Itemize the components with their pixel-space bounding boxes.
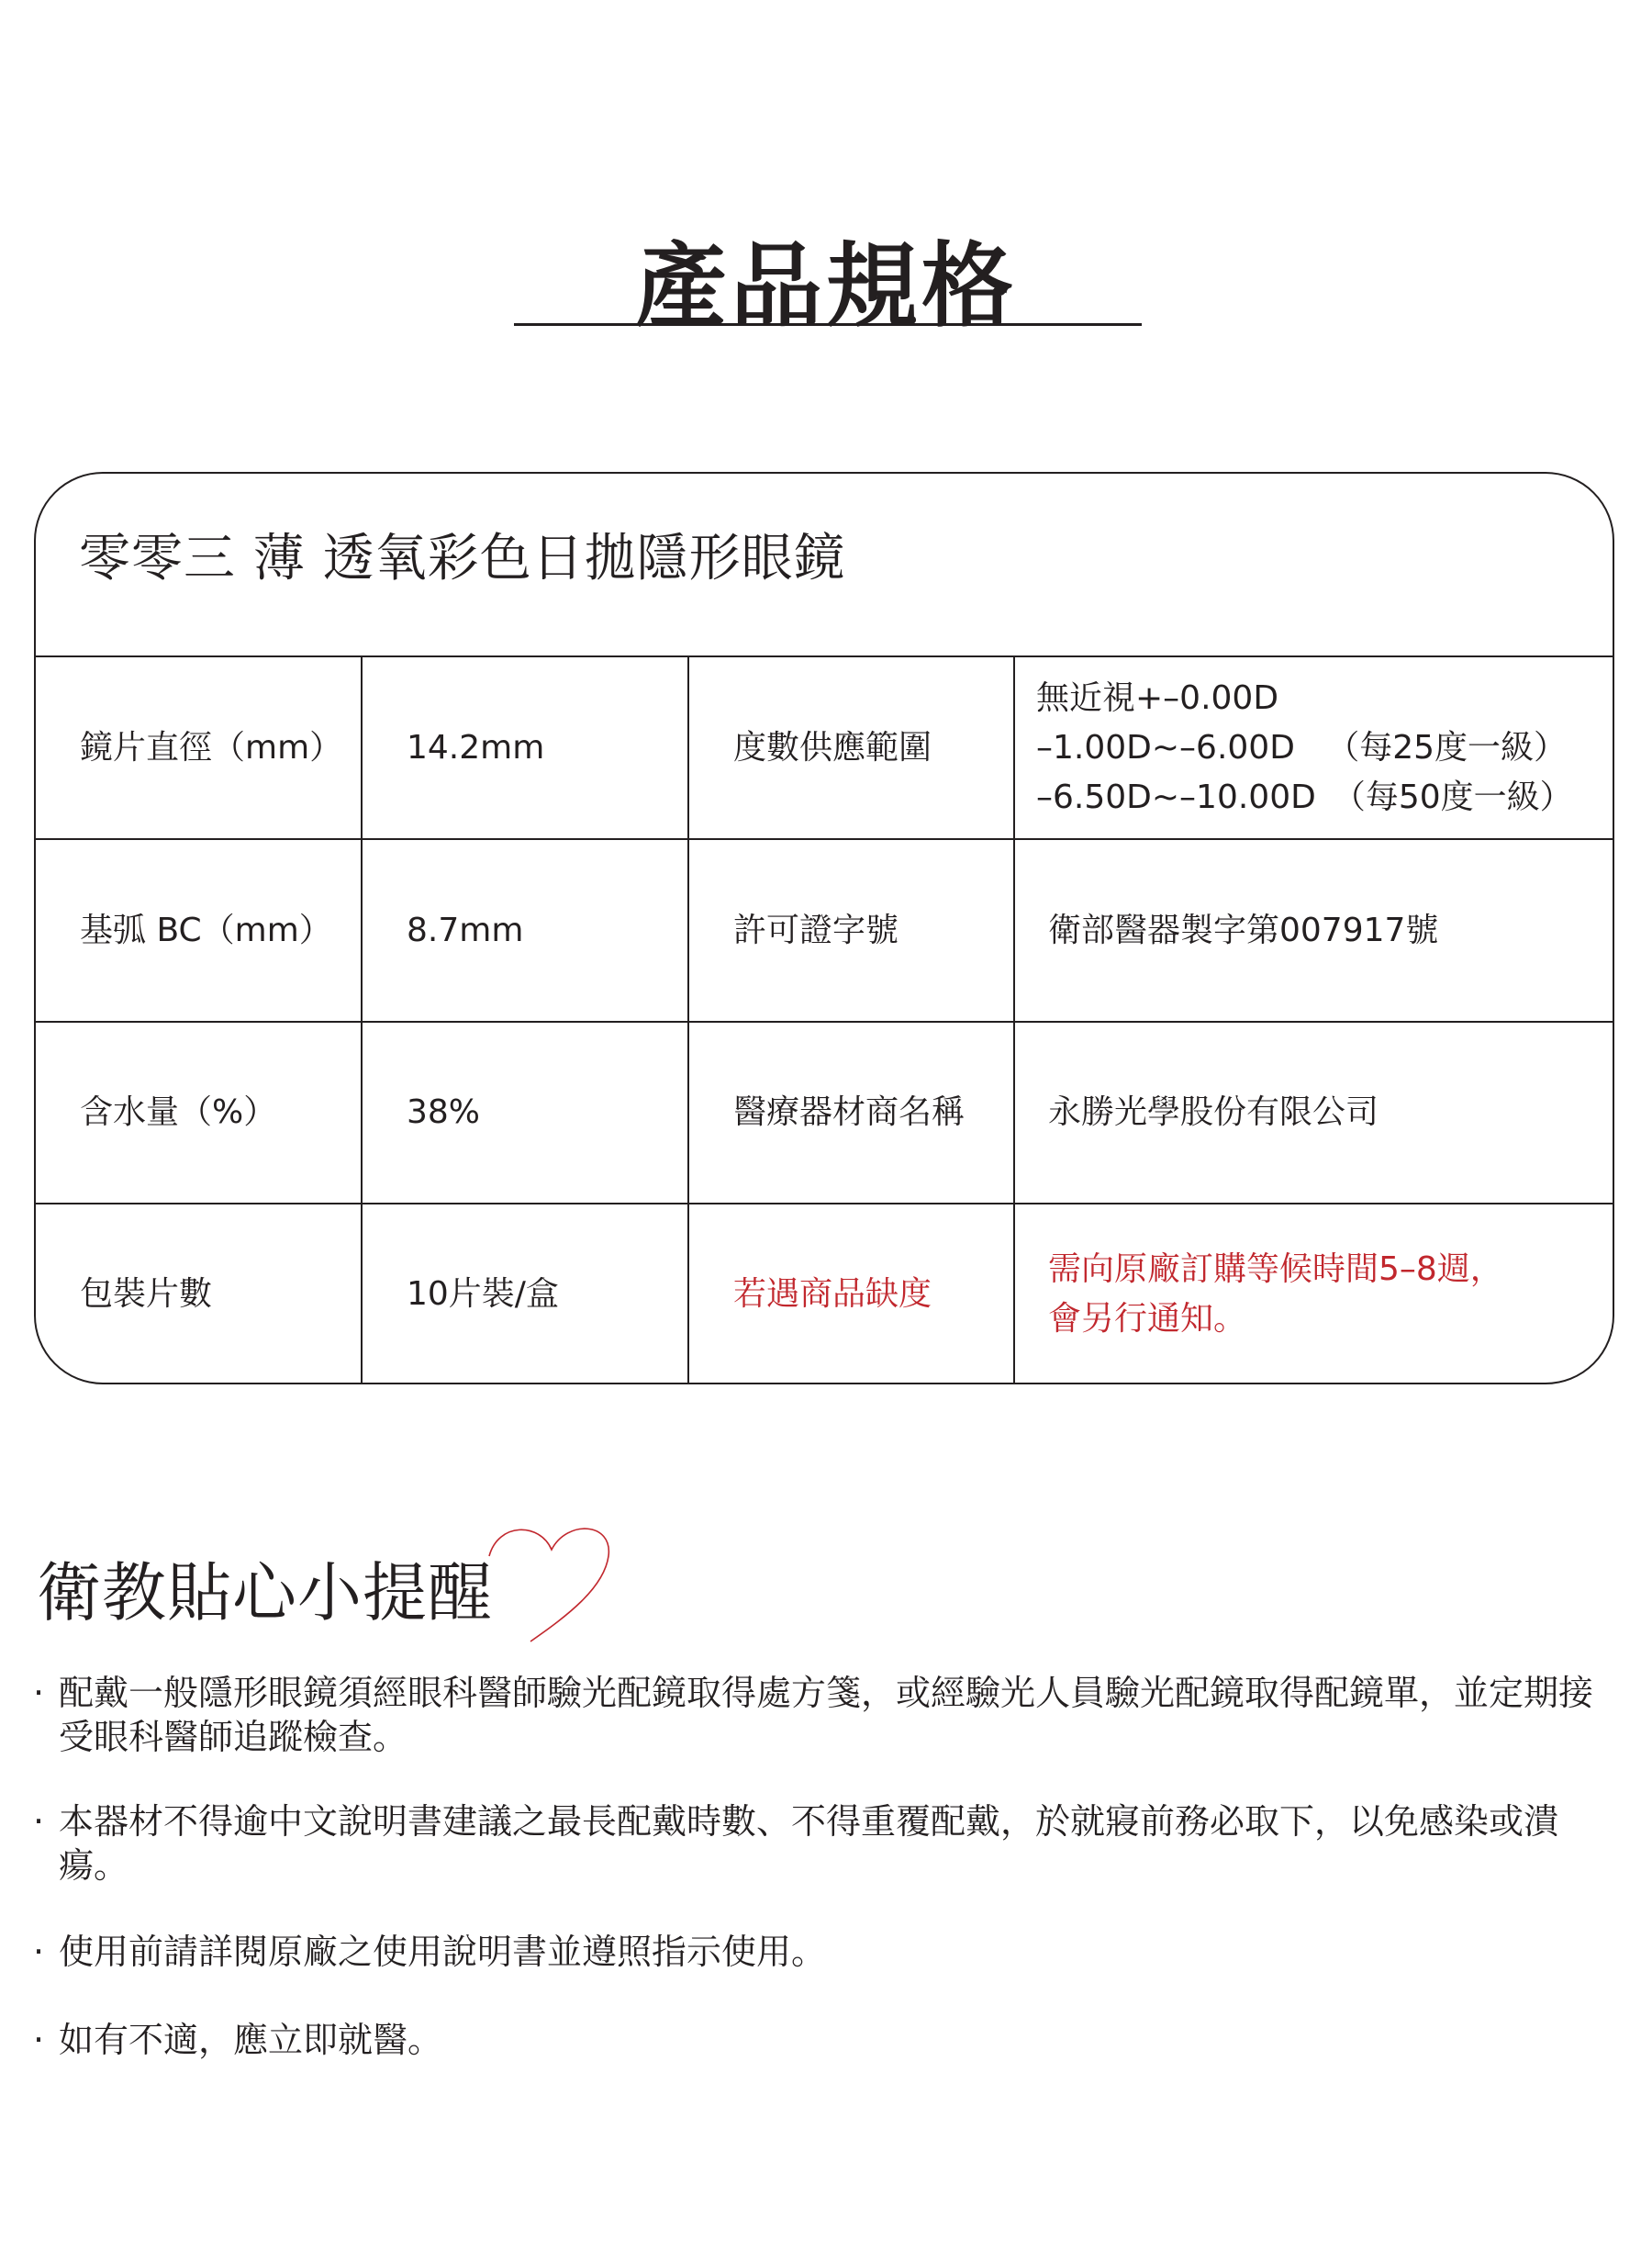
spec-row-package: 包裝片數 10片裝/盒 若遇商品缺度 需向原廠訂購等候時間5–8週， 會另行通知…	[36, 1204, 1613, 1384]
tip-text: 使用前請詳閱原廠之使用說明書並遵照指示使用。	[59, 1932, 826, 1972]
tip-item: · 如有不適，應立即就醫。	[33, 2018, 1621, 2062]
out-of-stock-label: 若遇商品缺度	[689, 1204, 1015, 1384]
page-title: 產品規格	[0, 227, 1652, 346]
tip-item: · 配戴一般隱形眼鏡須經眼科醫師驗光配鏡取得處方箋，或經驗光人員驗光配鏡取得配鏡…	[33, 1671, 1621, 1759]
power-step-note: （每50度一級）	[1333, 773, 1573, 823]
spec-row-water-content: 含水量（%） 38% 醫療器材商名稱 永勝光學股份有限公司	[36, 1023, 1613, 1204]
power-range-line: –1.00D~–6.00D （每25度一級）	[1036, 723, 1573, 773]
spec-value-power-range: 無近視+–0.00D –1.00D~–6.00D （每25度一級） –6.50D…	[1015, 657, 1614, 838]
spec-value: 8.7mm	[363, 840, 689, 1021]
spec-value-manufacturer: 永勝光學股份有限公司	[1015, 1023, 1614, 1203]
spec-value: 38%	[363, 1023, 689, 1203]
spec-value-license: 衛部醫器製字第007917號	[1015, 840, 1614, 1021]
product-name: 零零三 薄 透氧彩色日拋隱形眼鏡	[79, 527, 846, 591]
spec-row-base-curve: 基弧 BC（mm） 8.7mm 許可證字號 衛部醫器製字第007917號	[36, 840, 1613, 1023]
spec-label: 度數供應範圍	[689, 657, 1015, 838]
spec-label: 包裝片數	[36, 1204, 363, 1384]
spec-label: 許可證字號	[689, 840, 1015, 1021]
power-range-line: –6.50D~–10.00D （每50度一級）	[1036, 773, 1573, 823]
bullet-dot: ·	[33, 2018, 44, 2062]
power-range: 無近視+–0.00D	[1036, 674, 1278, 723]
spec-card: 零零三 薄 透氧彩色日拋隱形眼鏡 鏡片直徑（mm） 14.2mm 度數供應範圍 …	[34, 472, 1614, 1384]
notice-lines: 需向原廠訂購等候時間5–8週， 會另行通知。	[1048, 1245, 1503, 1344]
power-range: –6.50D~–10.00D	[1036, 773, 1316, 823]
notice-line: 會另行通知。	[1048, 1294, 1503, 1344]
spec-label: 基弧 BC（mm）	[36, 840, 363, 1021]
bullet-dot: ·	[33, 1930, 44, 1974]
spec-label: 鏡片直徑（mm）	[36, 657, 363, 838]
power-range: –1.00D~–6.00D	[1036, 723, 1295, 773]
power-range-list: 無近視+–0.00D –1.00D~–6.00D （每25度一級） –6.50D…	[1036, 674, 1573, 823]
tip-text: 配戴一般隱形眼鏡須經眼科醫師驗光配鏡取得處方箋，或經驗光人員驗光配鏡取得配鏡單，…	[59, 1673, 1593, 1757]
spec-value: 14.2mm	[363, 657, 689, 838]
heart-outline-icon	[448, 1524, 622, 1643]
bullet-dot: ·	[33, 1799, 44, 1843]
spec-label: 含水量（%）	[36, 1023, 363, 1203]
spec-value: 10片裝/盒	[363, 1204, 689, 1384]
tip-text: 如有不適，應立即就醫。	[59, 2020, 442, 2060]
power-range-line: 無近視+–0.00D	[1036, 674, 1573, 723]
tips-list: · 配戴一般隱形眼鏡須經眼科醫師驗光配鏡取得處方箋，或經驗光人員驗光配鏡取得配鏡…	[33, 1671, 1621, 2062]
spec-card-header: 零零三 薄 透氧彩色日拋隱形眼鏡	[36, 474, 1613, 657]
notice-line: 需向原廠訂購等候時間5–8週，	[1048, 1245, 1503, 1294]
power-step-note: （每25度一級）	[1295, 723, 1567, 773]
tips-heading: 衛教貼心小提醒	[37, 1542, 493, 1643]
tip-text: 本器材不得逾中文說明書建議之最長配戴時數、不得重覆配戴，於就寢前務必取下，以免感…	[59, 1801, 1558, 1886]
spec-row-diameter: 鏡片直徑（mm） 14.2mm 度數供應範圍 無近視+–0.00D –1.00D…	[36, 657, 1613, 840]
out-of-stock-notice: 需向原廠訂購等候時間5–8週， 會另行通知。	[1015, 1204, 1614, 1384]
title-divider	[514, 323, 1142, 326]
bullet-dot: ·	[33, 1671, 44, 1715]
spec-label: 醫療器材商名稱	[689, 1023, 1015, 1203]
tip-item: · 使用前請詳閱原廠之使用說明書並遵照指示使用。	[33, 1930, 1621, 1974]
tip-item: · 本器材不得逾中文說明書建議之最長配戴時數、不得重覆配戴，於就寢前務必取下，以…	[33, 1799, 1621, 1888]
